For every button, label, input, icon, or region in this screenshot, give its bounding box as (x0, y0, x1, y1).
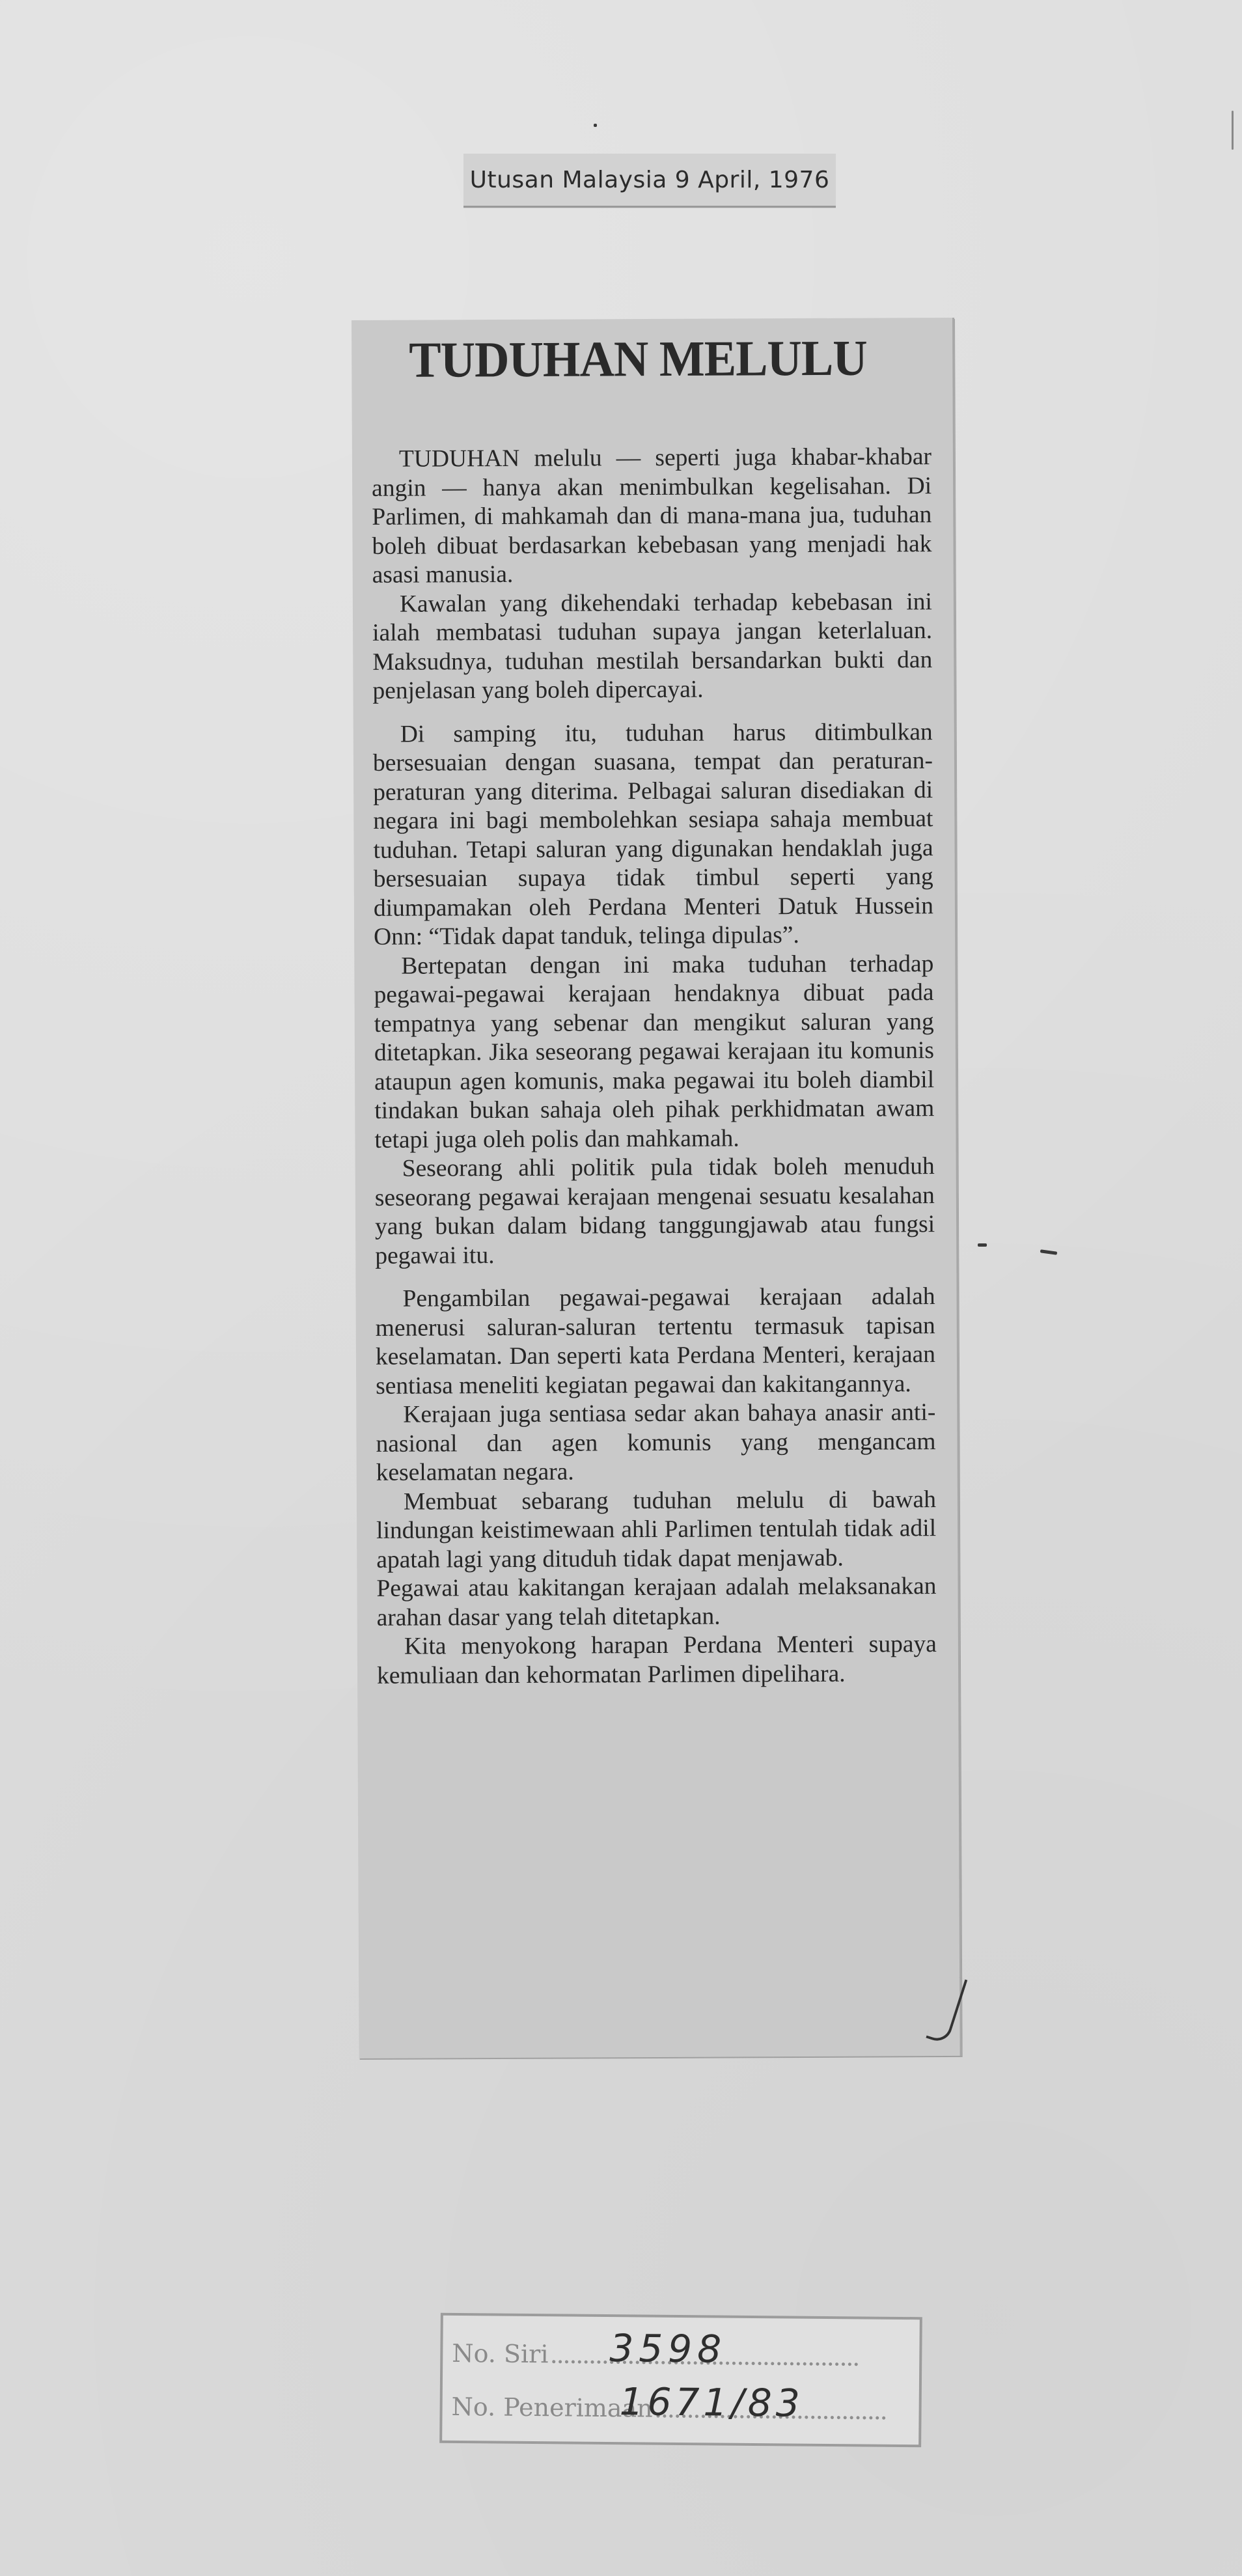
article-paragraph: Pengambilan pegawai-pegawai kerajaan ada… (375, 1282, 935, 1401)
article-paragraph: Pegawai atau kakitangan kerajaan adalah … (376, 1572, 936, 1633)
accession-number-value: 1671/83 (619, 2379, 804, 2425)
newspaper-clipping: TUDUHAN MELULU TUDUHAN melulu — seperti … (352, 318, 962, 2058)
article-paragraph: TUDUHAN melulu — seperti juga khabar-kha… (372, 443, 932, 590)
article-paragraph: Kita menyokong harapan Perdana Menteri s… (377, 1630, 937, 1691)
article-paragraph: Kawalan yang dikehendaki terhadap kebeba… (372, 588, 933, 706)
stray-mark (594, 124, 597, 127)
source-label-text: Utusan Malaysia 9 April, 1976 (470, 167, 830, 193)
article-paragraph: Seseorang ahli politik pula tidak boleh … (375, 1152, 935, 1271)
stray-mark (978, 1243, 987, 1247)
article-paragraph: Kerajaan juga sentiasa sedar akan bahaya… (376, 1398, 936, 1488)
stray-mark (1232, 111, 1234, 150)
article-paragraph: Bertepatan dengan ini maka tuduhan terha… (374, 950, 934, 1155)
article-body: TUDUHAN melulu — seperti juga khabar-kha… (372, 428, 937, 1691)
serial-number-value: 3598 (609, 2326, 726, 2372)
article-headline: TUDUHAN MELULU (409, 329, 930, 390)
serial-number-label: No. Siri (452, 2339, 549, 2368)
article-paragraph: Di samping itu, tuduhan harus ditimbulka… (373, 718, 934, 952)
newspaper-source-label: Utusan Malaysia 9 April, 1976 (463, 154, 836, 208)
article-paragraph: Membuat sebarang tuduhan melulu di bawah… (376, 1486, 937, 1575)
registry-stamp: No. Siri No. Penerimaan 3598 1671/83 (439, 2313, 922, 2447)
